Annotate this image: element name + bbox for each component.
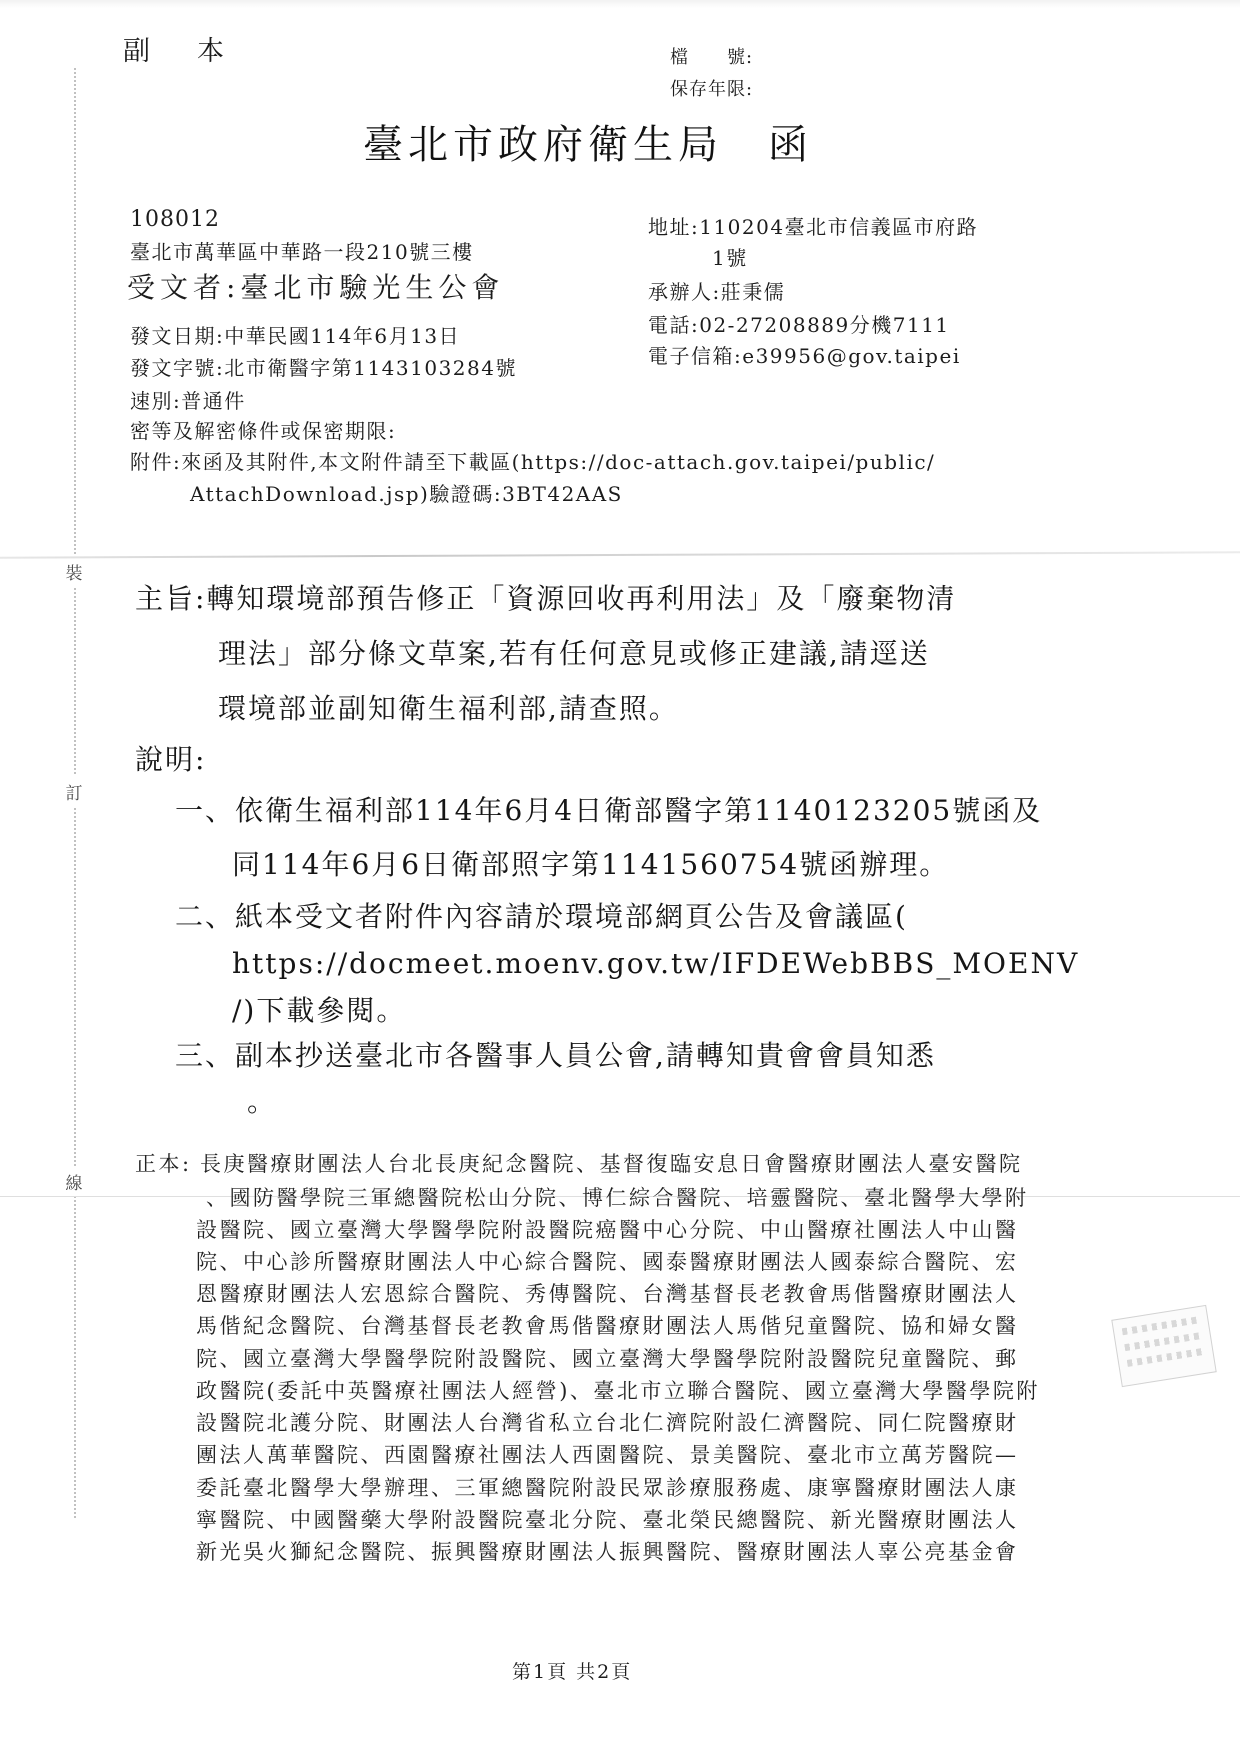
recipients-line: 委託臺北醫學大學辦理、三軍總醫院附設民眾診療服務處、康寧醫療財團法人康 <box>196 1476 1019 1500</box>
copy-label: 副 本 <box>123 36 234 67</box>
recipient-code: 108012 <box>130 207 220 232</box>
attachment-line-1: 附件:來函及其附件,本文附件請至下載區(https://doc-attach.g… <box>130 451 935 474</box>
recipients-line: 團法人萬華醫院、西園醫療社團法人西園醫院、景美醫院、臺北市立萬芳醫院— <box>196 1443 1019 1467</box>
explanation-item-1-line-2: 同114年6月6日衛部照字第1141560754號函辦理。 <box>232 849 949 881</box>
recipients-line: 院、中心診所醫療財團法人中心綜合醫院、國泰醫療財團法人國泰綜合醫院、宏 <box>196 1250 1019 1274</box>
recipients-line: 新光吳火獅紀念醫院、振興醫療財團法人振興醫院、醫療財團法人辜公亮基金會 <box>196 1540 1019 1564</box>
speed-class: 速別:普通件 <box>130 390 246 413</box>
document-title: 臺北市政府衛生局 函 <box>363 122 813 168</box>
document-number: 發文字號:北市衛醫字第1143103284號 <box>130 357 517 380</box>
recipient-address: 臺北市萬華區中華路一段210號三樓 <box>130 241 474 264</box>
stamp-noise-row <box>1124 1332 1202 1351</box>
page-footer: 第1頁 共2頁 <box>512 1662 632 1684</box>
stamp-noise-row <box>1122 1316 1200 1335</box>
sender-address-line-1: 地址:110204臺北市信義區市府路 <box>648 216 978 239</box>
recipients-line: 設醫院北護分院、財團法人台灣省私立台北仁濟院附設仁濟醫院、同仁院醫療財 <box>196 1411 1019 1435</box>
issue-date: 發文日期:中華民國114年6月13日 <box>130 325 460 348</box>
recipients-line: 馬偕紀念醫院、台灣基督長老教會馬偕醫療財團法人馬偕兒童醫院、協和婦女醫 <box>196 1314 1019 1338</box>
recipients-line: 政醫院(委託中英醫療社團法人經營)、臺北市立聯合醫院、國立臺灣大學醫學院附 <box>196 1379 1040 1403</box>
recipients-line: 恩醫療財團法人宏恩綜合醫院、秀傳醫院、台灣基督長老教會馬偕醫療財團法人 <box>196 1282 1019 1306</box>
scan-edge-shadow <box>0 0 1240 8</box>
subject-line-2: 理法」部分條文草案,若有任何意見或修正建議,請逕送 <box>218 638 930 670</box>
recipients-label: 正本: <box>135 1152 192 1176</box>
explanation-item-2-line-3: /)下載參閱。 <box>232 995 406 1027</box>
binding-char-zhuang: 裝 <box>63 556 85 587</box>
recipients-line: 設醫院、國立臺灣大學醫學院附設醫院癌醫中心分院、中山醫療社團法人中山醫 <box>196 1218 1019 1242</box>
subject-line-1: 主旨:轉知環境部預告修正「資源回收再利用法」及「廢棄物清 <box>135 583 956 615</box>
contact-person: 承辦人:莊秉儒 <box>648 281 785 304</box>
explanation-item-3-line-1: 三、副本抄送臺北市各醫事人員公會,請轉知貴會會員知悉 <box>175 1040 936 1072</box>
scanned-official-letter: 裝 訂 線 副 本 檔 號: 保存年限: 臺北市政府衛生局 函 108012 臺… <box>0 0 1240 1755</box>
recipients-line: 院、國立臺灣大學醫學院附設醫院、國立臺灣大學醫學院附設醫院兒童醫院、郵 <box>196 1347 1019 1371</box>
sender-address-line-2: 1號 <box>712 247 748 270</box>
contact-phone: 電話:02-27208889分機7111 <box>648 314 950 337</box>
retention-label: 保存年限: <box>670 80 753 101</box>
explanation-item-2-line-2: https://docmeet.moenv.gov.tw/IFDEWebBBS_… <box>232 948 1079 980</box>
binding-char-xian: 線 <box>63 1166 85 1197</box>
explanation-item-1-line-1: 一、依衛生福利部114年6月4日衛部醫字第1140123205號函及 <box>175 795 1042 827</box>
attachment-line-2: AttachDownload.jsp)驗證碼:3BT42AAS <box>190 483 623 506</box>
fold-crease-upper <box>0 551 1240 558</box>
binding-char-ding: 訂 <box>63 776 85 807</box>
recipients-line: 寧醫院、中國醫藥大學附設醫院臺北分院、臺北榮民總醫院、新光醫療財團法人 <box>196 1508 1019 1532</box>
explanation-heading: 說明: <box>135 744 206 776</box>
faint-receipt-stamp <box>1111 1305 1216 1387</box>
subject-line-3: 環境部並副知衛生福利部,請查照。 <box>218 693 679 725</box>
stamp-noise-row <box>1127 1348 1205 1367</box>
security-class: 密等及解密條件或保密期限: <box>130 420 396 443</box>
recipient-name: 受文者:臺北市驗光生公會 <box>127 272 504 304</box>
explanation-item-3-line-2: 。 <box>247 1086 277 1118</box>
file-number-label: 檔 號: <box>670 48 753 69</box>
contact-email: 電子信箱:e39956@gov.taipei <box>648 345 961 368</box>
recipients-line: 、國防醫學院三軍總醫院松山分院、博仁綜合醫院、培靈醫院、臺北醫學大學附 <box>206 1186 1029 1210</box>
explanation-item-2-line-1: 二、紙本受文者附件內容請於環境部網頁公告及會議區( <box>175 901 908 933</box>
recipients-line: 長庚醫療財團法人台北長庚紀念醫院、基督復臨安息日會醫療財團法人臺安醫院 <box>200 1152 1023 1176</box>
